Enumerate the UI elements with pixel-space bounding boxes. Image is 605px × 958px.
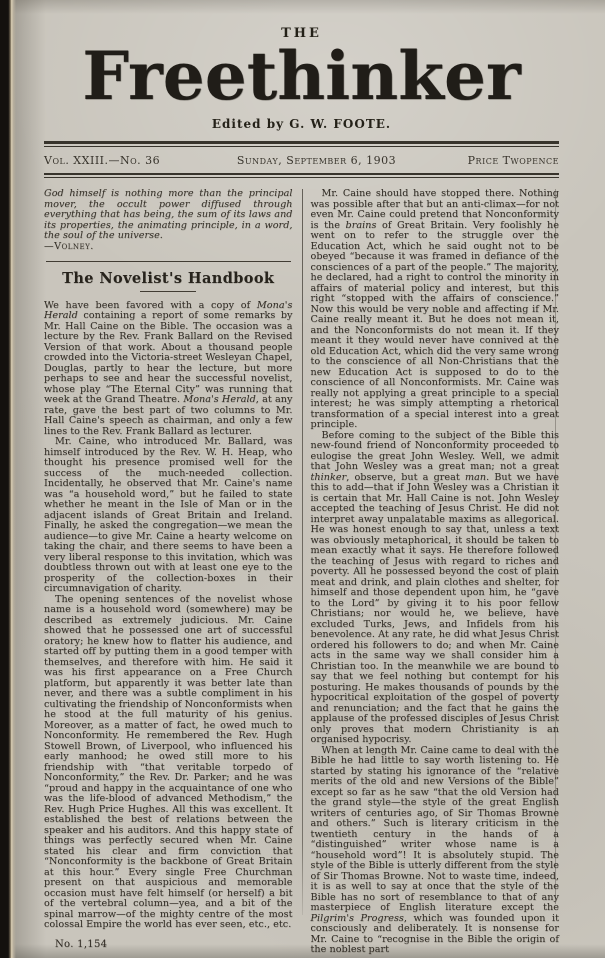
- left-column-body: We have been favored with a copy of Mona…: [44, 301, 293, 931]
- issue-price: Price Twopence: [439, 154, 559, 167]
- issue-serial-number: No. 1,154: [44, 940, 293, 951]
- article-paragraph: Mr. Caine, who introduced Mr. Ballard, w…: [44, 437, 293, 595]
- article-paragraph: Before coming to the subject of the Bibl…: [311, 431, 560, 746]
- publication-title: Freethinker: [44, 43, 559, 109]
- volume-number: Vol. XXIII.—No. 36: [44, 154, 194, 167]
- article-title: The Novelist's Handbook: [44, 274, 293, 285]
- epigraph-text: God himself is nothing more than the pri…: [44, 188, 293, 241]
- article-title-rule: [140, 291, 196, 292]
- right-column: Mr. Caine should have stopped there. Not…: [311, 189, 560, 956]
- editor-line: Edited by G. W. FOOTE.: [44, 117, 559, 131]
- article-paragraph: When at length Mr. Caine came to deal wi…: [311, 746, 560, 956]
- issue-date: Sunday, September 6, 1903: [194, 154, 439, 167]
- page-right-edge-rule: [555, 189, 556, 904]
- article-columns: God himself is nothing more than the pri…: [44, 189, 559, 956]
- article-paragraph: We have been favored with a copy of Mona…: [44, 301, 293, 438]
- article-paragraph: The opening sentences of the novelist wh…: [44, 595, 293, 931]
- column-divider-rule: [302, 189, 303, 915]
- masthead: THE Freethinker Edited by G. W. FOOTE.: [44, 26, 559, 131]
- article-paragraph: Mr. Caine should have stopped there. Not…: [311, 189, 560, 431]
- epigraph: God himself is nothing more than the pri…: [44, 189, 293, 252]
- issue-line: Vol. XXIII.—No. 36 Sunday, September 6, …: [44, 154, 559, 167]
- left-column: God himself is nothing more than the pri…: [44, 189, 293, 956]
- epigraph-attribution: —Volney.: [44, 242, 293, 253]
- page-content: THE Freethinker Edited by G. W. FOOTE. V…: [16, 0, 605, 958]
- page-spine-edge: [0, 0, 16, 958]
- right-column-body: Mr. Caine should have stopped there. Not…: [311, 189, 560, 956]
- epigraph-rule: [46, 261, 291, 262]
- issue-rule: [44, 173, 559, 178]
- masthead-rule: [44, 141, 559, 147]
- newspaper-page-scan: THE Freethinker Edited by G. W. FOOTE. V…: [0, 0, 605, 958]
